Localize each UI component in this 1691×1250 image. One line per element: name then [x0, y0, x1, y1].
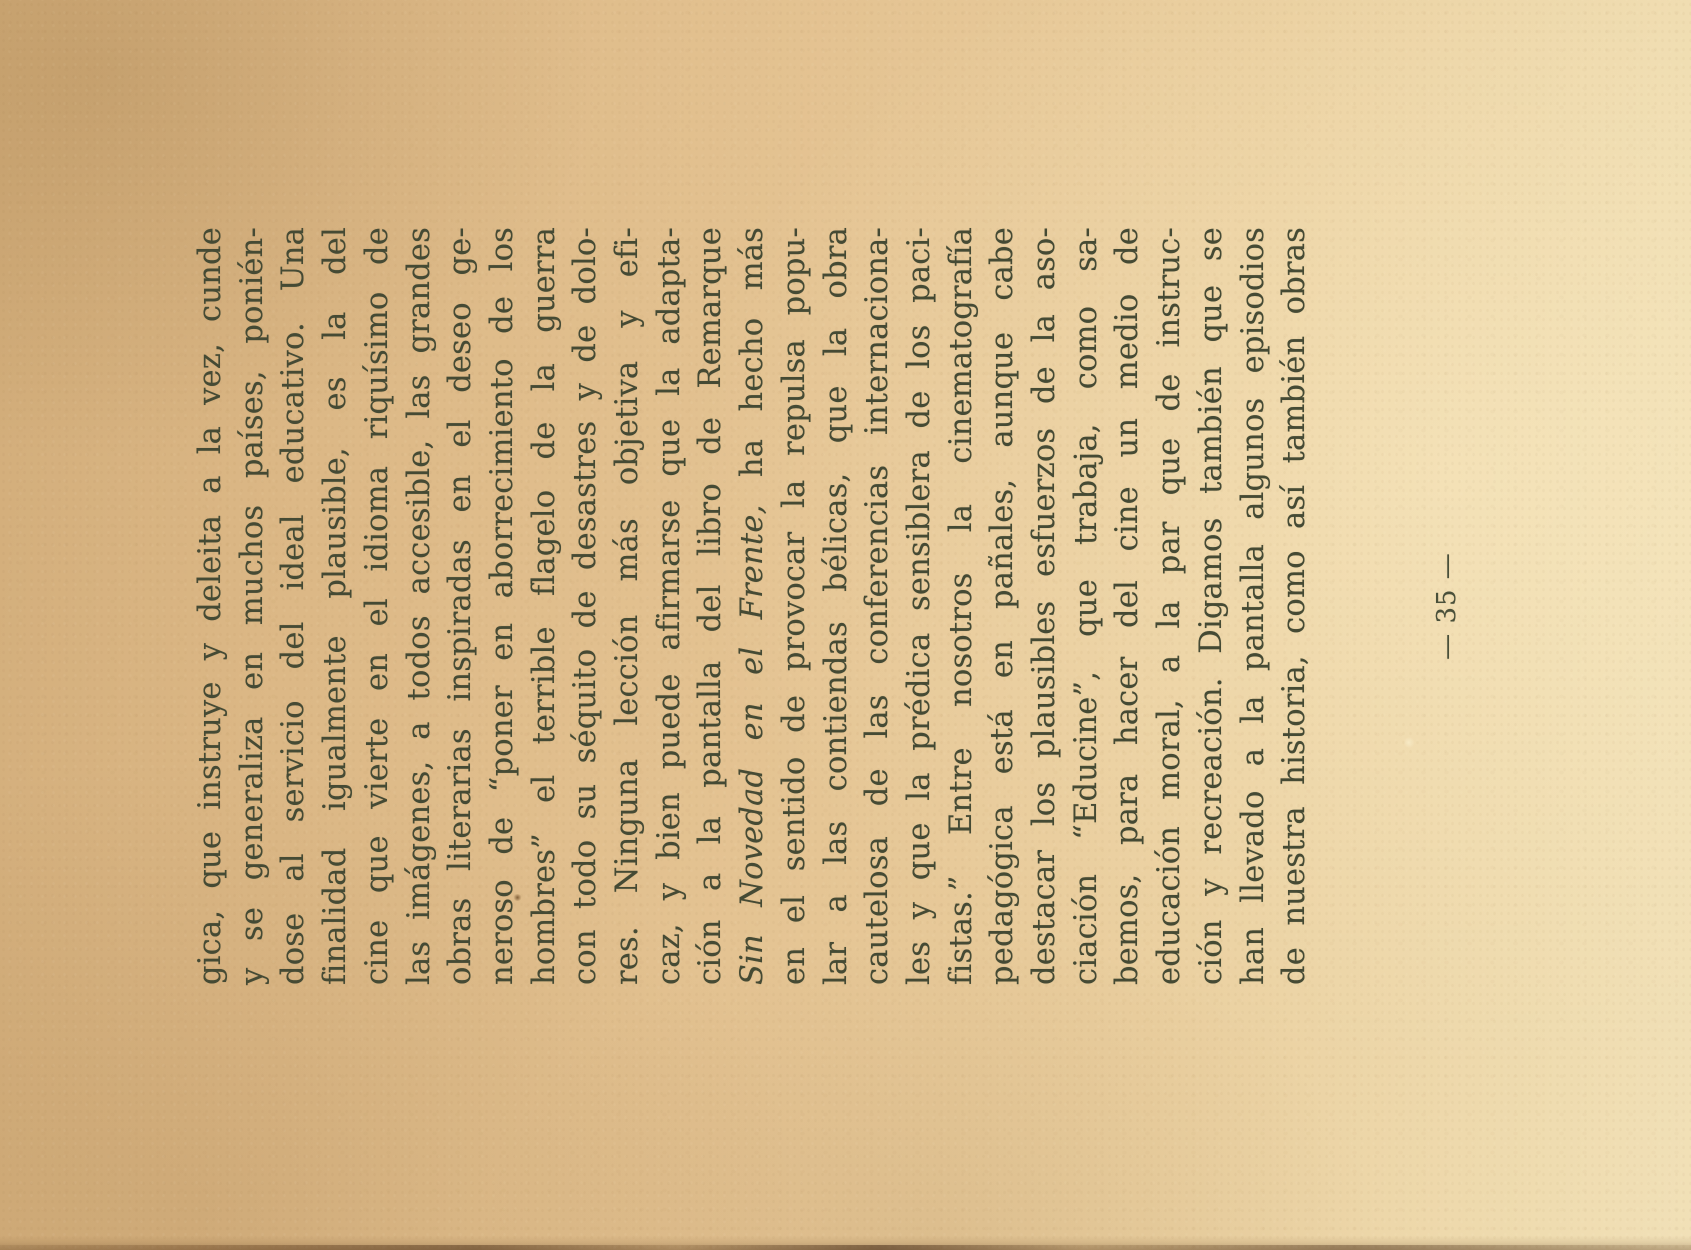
text-line: caz, y bien puede afirmarse que la adapt… — [649, 227, 691, 985]
text-line: fistas.” Entre nosotros la cinematografí… — [941, 227, 983, 985]
text-line: las imágenes, a todos accesible, las gra… — [399, 227, 441, 985]
text-line: Sin Novedad en el Frente, ha hecho más — [732, 227, 774, 985]
text-line: bemos, para hacer del cine un medio de — [1107, 227, 1149, 985]
text-line-segment: cautelosa de las conferencias internacio… — [860, 227, 895, 985]
text-line: pedagógica está en pañales, aunque cabe — [982, 227, 1024, 985]
paper-fleck-dark — [513, 894, 522, 901]
text-line-segment: educación moral, a la par que de instruc… — [1152, 227, 1187, 985]
text-line-segment: obras literarias inspiradas en el deseo … — [443, 227, 478, 985]
text-line-segment: pedagógica está en pañales, aunque cabe — [985, 227, 1020, 985]
paper-fleck-light — [1403, 737, 1415, 748]
text-line-segment: ha hecho más — [735, 227, 770, 505]
text-line-segment: les y que la prédica sensiblera de los p… — [902, 227, 937, 985]
text-line-segment: dose al servicio del ideal educativo. Un… — [276, 227, 311, 985]
text-line-segment: destacar los plausibles esfuerzos de la … — [1027, 227, 1062, 985]
text-line: neroso de “poner en aborrecimiento de lo… — [482, 227, 524, 985]
text-line-segment: y se generaliza en muchos países, ponién… — [235, 227, 270, 985]
text-line-segment: las imágenes, a todos accesible, las gra… — [402, 227, 437, 985]
text-line-segment: con todo su séquito de desastres y de do… — [568, 227, 603, 985]
page-number: — 35 — — [1432, 227, 1462, 985]
text-line-segment: en el sentido de provocar la repulsa pop… — [777, 227, 812, 985]
text-line: destacar los plausibles esfuerzos de la … — [1024, 227, 1066, 985]
text-line-segment: ción a la pantalla del libro de Remarque — [693, 227, 728, 985]
text-line-segment: fistas.” Entre nosotros la cinematografí… — [944, 227, 979, 985]
text-line: les y que la prédica sensiblera de los p… — [899, 227, 941, 985]
text-line-segment: lar a las contiendas bélicas, que la obr… — [819, 227, 854, 985]
scanned-book-page: gica, que instruye y deleita a la vez, c… — [0, 0, 1691, 1250]
text-line: gica, que instruye y deleita a la vez, c… — [190, 227, 232, 985]
text-line: obras literarias inspiradas en el deseo … — [440, 227, 482, 985]
bottom-scan-edge-line — [0, 1245, 1691, 1250]
text-line: cine que vierte en el idioma riquísimo d… — [357, 227, 399, 985]
text-line: ción a la pantalla del libro de Remarque — [690, 227, 732, 985]
text-line-segment: han llevado a la pantalla algunos episod… — [1236, 227, 1271, 985]
text-line: educación moral, a la par que de instruc… — [1149, 227, 1191, 985]
text-line: ciación “Educine”, que trabaja, como sa- — [1066, 227, 1108, 985]
text-line-segment: hombres” el terrible flagelo de la guerr… — [527, 227, 562, 985]
text-line: en el sentido de provocar la repulsa pop… — [774, 227, 816, 985]
text-line-segment: de nuestra historia, como así también ob… — [1277, 227, 1312, 985]
text-line: con todo su séquito de desastres y de do… — [565, 227, 607, 985]
text-line-segment: gica, que instruye y deleita a la vez, c… — [193, 227, 228, 985]
rotated-text-block: gica, que instruye y deleita a la vez, c… — [190, 227, 1462, 985]
text-line-segment: res. Ninguna lección más objetiva y efi- — [610, 227, 645, 985]
text-line: finalidad igualmente plausible, es la de… — [315, 227, 357, 985]
text-line: lar a las contiendas bélicas, que la obr… — [816, 227, 858, 985]
text-line: y se generaliza en muchos países, ponién… — [232, 227, 274, 985]
text-lines: gica, que instruye y deleita a la vez, c… — [190, 227, 1316, 985]
text-line: dose al servicio del ideal educativo. Un… — [273, 227, 315, 985]
text-line: han llevado a la pantalla algunos episod… — [1233, 227, 1275, 985]
text-line-segment: ción y recreación. Digamos también que s… — [1194, 227, 1229, 985]
text-line-segment: bemos, para hacer del cine un medio de — [1110, 227, 1145, 985]
text-line-segment: finalidad igualmente plausible, es la de… — [318, 227, 353, 985]
text-line: cautelosa de las conferencias internacio… — [857, 227, 899, 985]
text-line-segment: ciación “Educine”, que trabaja, como sa- — [1069, 227, 1104, 985]
text-line: res. Ninguna lección más objetiva y efi- — [607, 227, 649, 985]
text-line-italic-segment: Sin Novedad en el Frente, — [735, 505, 770, 986]
text-line: hombres” el terrible flagelo de la guerr… — [524, 227, 566, 985]
text-line: de nuestra historia, como así también ob… — [1274, 227, 1316, 985]
text-line-segment: cine que vierte en el idioma riquísimo d… — [360, 227, 395, 985]
text-line-segment: caz, y bien puede afirmarse que la adapt… — [652, 227, 687, 985]
text-line-segment: neroso de “poner en aborrecimiento de lo… — [485, 227, 520, 985]
text-line: ción y recreación. Digamos también que s… — [1191, 227, 1233, 985]
